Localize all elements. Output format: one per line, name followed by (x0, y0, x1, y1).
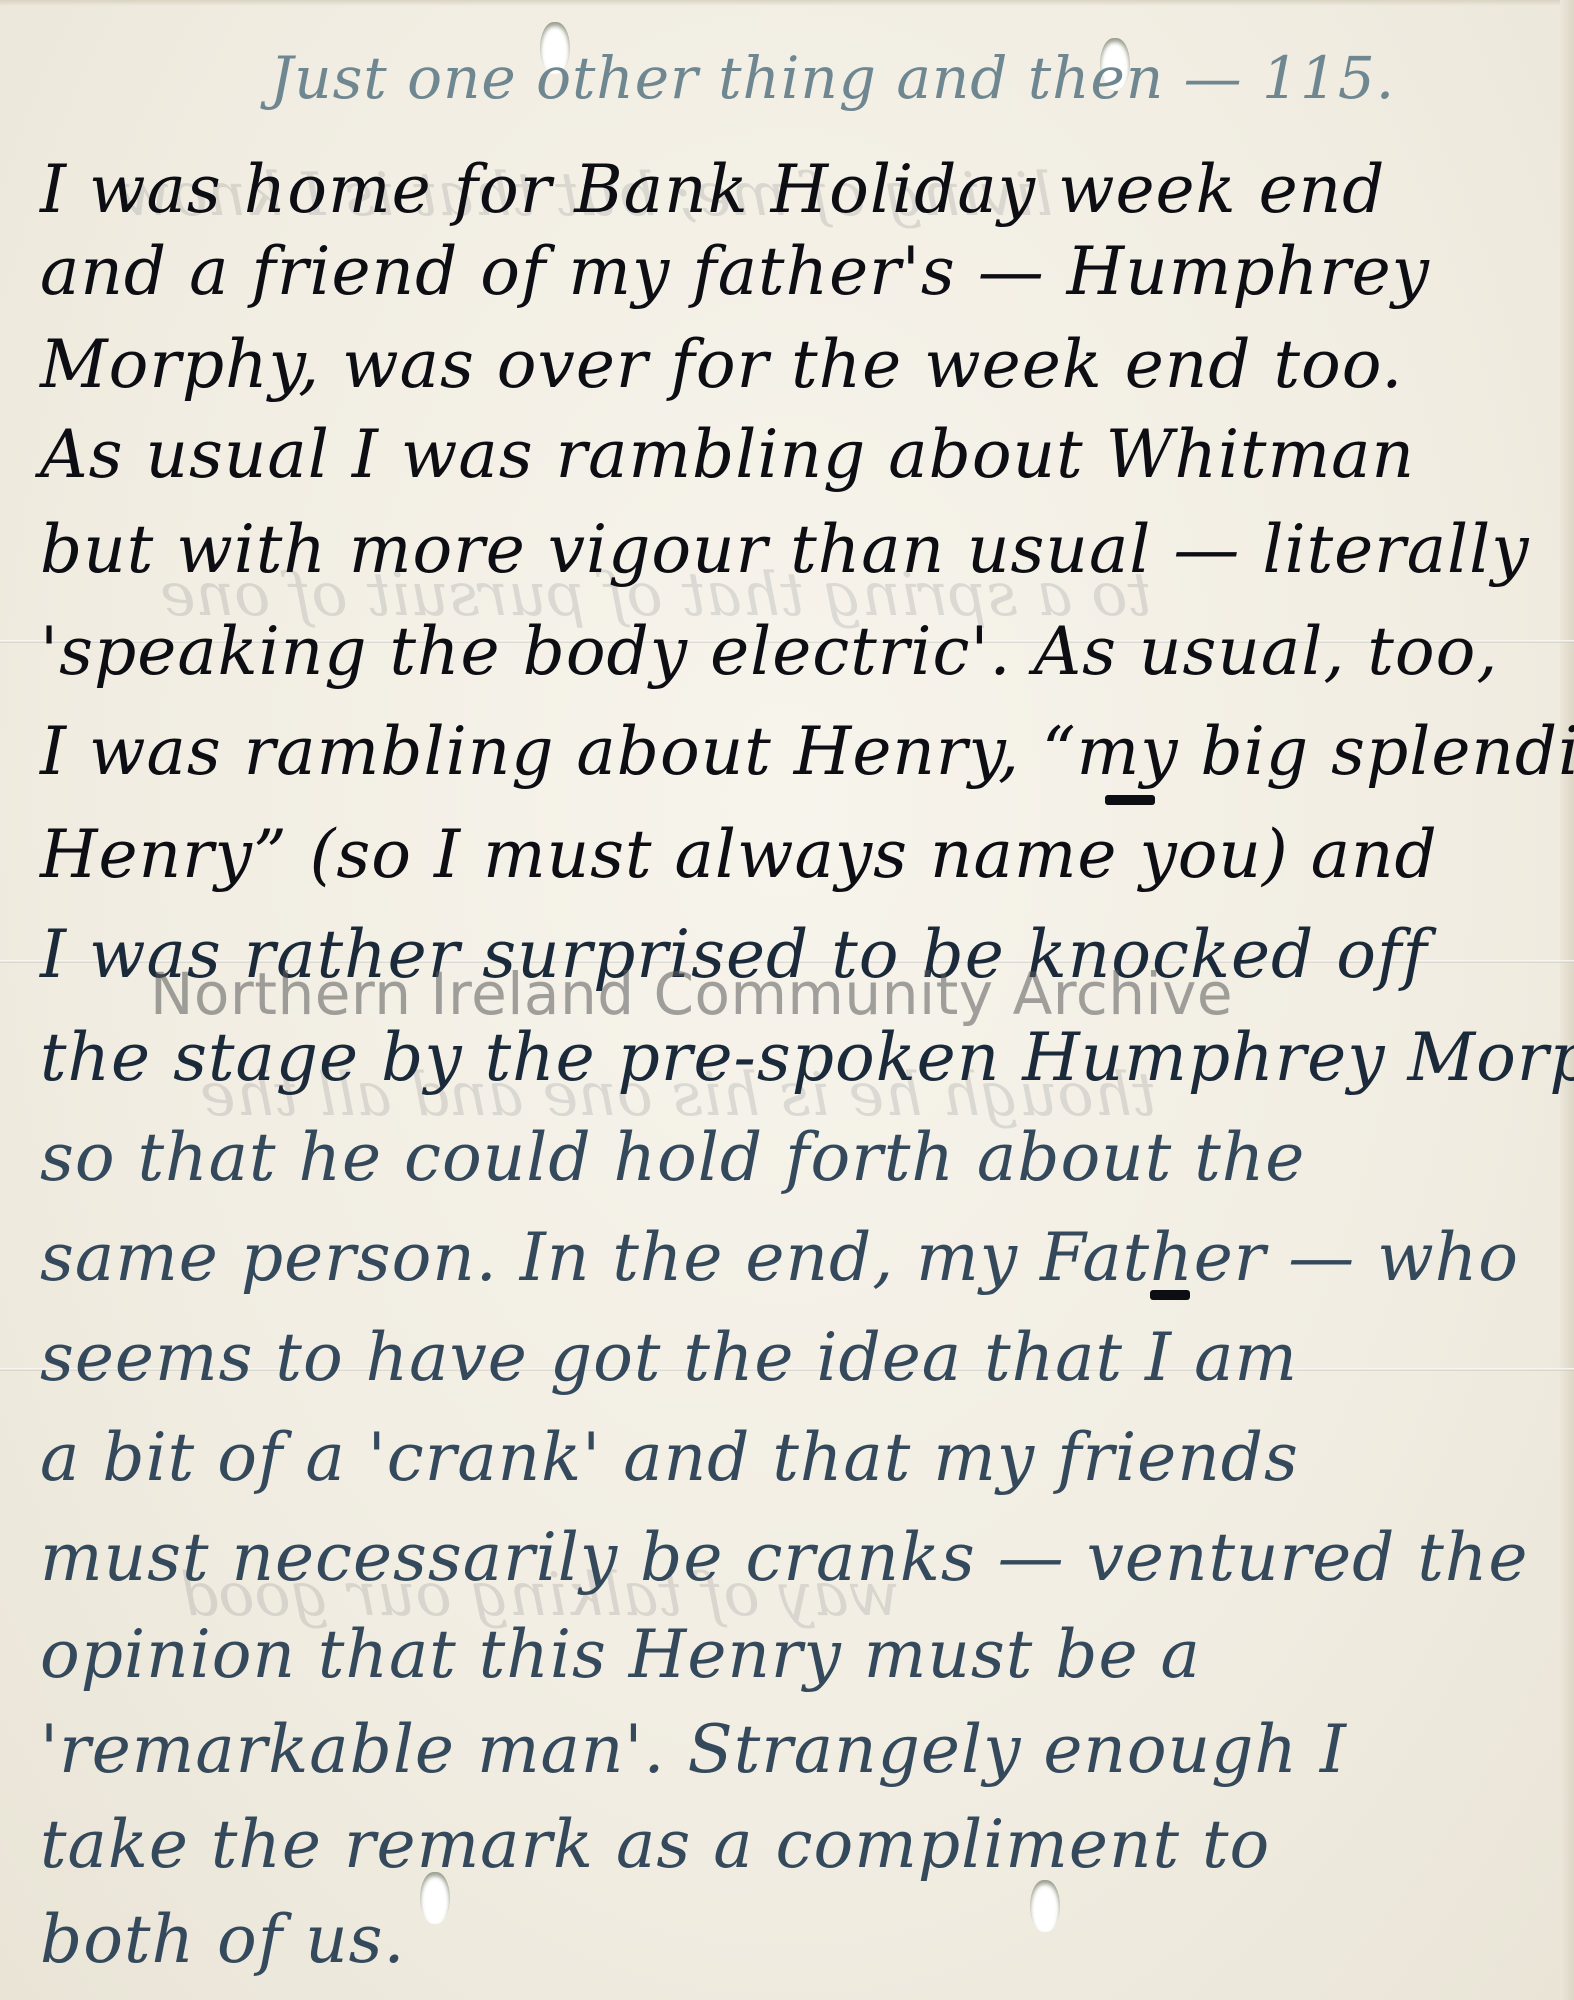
letter-line: 'speaking the body electric'. As usual, … (40, 612, 1540, 692)
letter-line: a bit of a 'crank' and that my friends (40, 1418, 1540, 1498)
page-top-edge (0, 0, 1574, 6)
letter-line: opinion that this Henry must be a (40, 1615, 1540, 1695)
letter-line: I was home for Bank Holiday week end (40, 150, 1540, 230)
letter-line: both of us. (40, 1900, 1540, 1980)
letter-line: 'remarkable man'. Strangely enough I (40, 1710, 1540, 1790)
letter-line: must necessarily be cranks — ventured th… (40, 1518, 1540, 1598)
letter-line: take the remark as a compliment to (40, 1805, 1540, 1885)
letter-header: Just one other thing and then — 115. (270, 38, 1574, 118)
letter-line: I was rambling about Henry, “my big sple… (40, 712, 1540, 792)
letter-line: same person. In the end, my Father — who (40, 1218, 1540, 1298)
page-right-edge (1560, 0, 1574, 2000)
letter-line: Henry” (so I must always name you) and (40, 815, 1540, 895)
letter-line: seems to have got the idea that I am (40, 1318, 1540, 1398)
letter-line: so that he could hold forth about the (40, 1118, 1540, 1198)
letter-page: living of me; but that is I know to a sp… (0, 0, 1574, 2000)
underline-mark (1105, 795, 1155, 805)
letter-line: As usual I was rambling about Whitman (40, 415, 1540, 495)
letter-line: and a friend of my father's — Humphrey (40, 232, 1540, 312)
archive-watermark: Northern Ireland Community Archive (150, 960, 1233, 1028)
letter-line: but with more vigour than usual — litera… (40, 510, 1540, 590)
letter-line: the stage by the pre-spoken Humphrey Mor… (40, 1018, 1540, 1098)
underline-mark (1150, 1290, 1190, 1300)
letter-line: Morphy, was over for the week end too. (40, 325, 1540, 405)
